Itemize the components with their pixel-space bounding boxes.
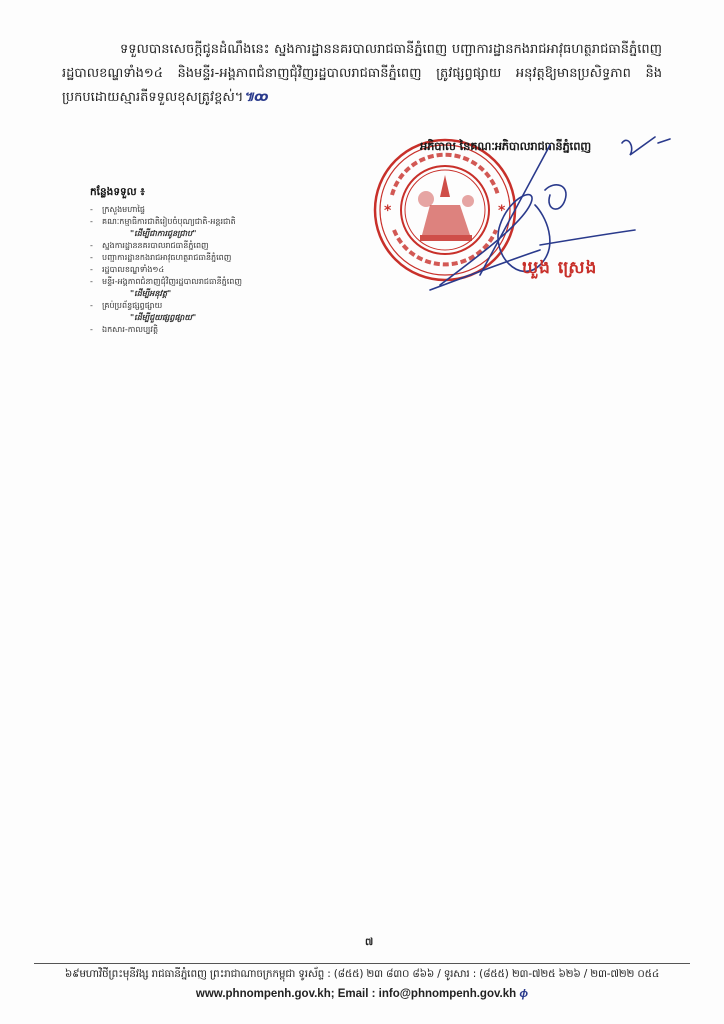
footer-handwritten-initial: ϕ [519, 988, 528, 1000]
recipient-item: គ្រប់ប្រព័ន្ធផ្សព្វផ្សាយ"ដើម្បីជួយផ្សព្វ… [90, 300, 330, 324]
document-page: ទទួលបានសេចក្តីជូនដំណឹងនេះ ស្នងការដ្ឋាននគ… [0, 0, 724, 1024]
recipient-label: បញ្ជាការដ្ឋានកងរាជអាវុធហត្ថរាជធានីភ្នំពេ… [102, 253, 231, 262]
signatory-name: ឃួង ស្រេង [522, 257, 597, 282]
footer-divider [34, 963, 690, 964]
recipient-label: ឯកសារ-កាលប្បវត្តិ [102, 325, 158, 334]
recipient-label: ក្រសួងមហាផ្ទៃ [102, 205, 145, 214]
paragraph-text: ទទួលបានសេចក្តីជូនដំណឹងនេះ ស្នងការដ្ឋាននគ… [62, 42, 662, 105]
recipients-block: កន្លែងទទួល ៖ ក្រសួងមហាផ្ទៃ គណៈកម្មាធិការ… [90, 186, 330, 336]
recipient-label: មន្ទីរ-អង្គភាពជំនាញជុំវិញរដ្ឋបាលរាជធានីភ… [102, 277, 242, 286]
recipient-item: មន្ទីរ-អង្គភាពជំនាញជុំវិញរដ្ឋបាលរាជធានីភ… [90, 276, 330, 300]
notice-body: ទទួលបានសេចក្តីជូនដំណឹងនេះ ស្នងការដ្ឋាននគ… [62, 38, 662, 110]
recipients-list: ក្រសួងមហាផ្ទៃ គណៈកម្មាធិការជាតិរៀបចំបុណ្… [90, 204, 330, 336]
recipient-label: គណៈកម្មាធិការជាតិរៀបចំបុណ្យជាតិ-អន្តរជាត… [102, 217, 236, 226]
recipient-item: រដ្ឋបាលខណ្ឌទាំង១៤ [90, 264, 330, 276]
recipient-item: បញ្ជាការដ្ឋានកងរាជអាវុធហត្ថរាជធានីភ្នំពេ… [90, 252, 330, 264]
recipient-label: គ្រប់ប្រព័ន្ធផ្សព្វផ្សាយ [102, 301, 162, 310]
recipient-item: ស្នងការដ្ឋាននគរបាលរាជធានីភ្នំពេញ [90, 240, 330, 252]
notice-paragraph: ទទួលបានសេចក្តីជូនដំណឹងនេះ ស្នងការដ្ឋាននគ… [62, 38, 662, 110]
recipient-item: ក្រសួងមហាផ្ទៃ [90, 204, 330, 216]
footer-web-email: www.phnompenh.gov.kh; Email : info@phnom… [196, 988, 516, 1000]
footer-contact: www.phnompenh.gov.kh; Email : info@phnom… [0, 988, 724, 1000]
signature-block: * * អភិបាល នៃគណៈអភិបាលរាជធានីភ្នំពេញ [370, 125, 680, 300]
recipient-label: ស្នងការដ្ឋាននគរបាលរាជធានីភ្នំពេញ [102, 241, 209, 250]
recipient-item: ឯកសារ-កាលប្បវត្តិ [90, 324, 330, 336]
recipient-note: "ដើម្បីអនុវត្ត" [102, 288, 330, 300]
footer-address: ៦៩មហាវិថីព្រះមុនីវង្ស រាជធានីភ្នំពេញ ព្រ… [34, 968, 690, 983]
recipient-label: រដ្ឋបាលខណ្ឌទាំង១៤ [102, 265, 164, 274]
recipients-title: កន្លែងទទួល ៖ [90, 186, 330, 201]
page-number: ៧ [365, 935, 373, 950]
recipient-item: គណៈកម្មាធិការជាតិរៀបចំបុណ្យជាតិ-អន្តរជាត… [90, 216, 330, 240]
recipient-note: "ដើម្បីជាការជូនជ្រាប" [102, 228, 330, 240]
recipient-note: "ដើម្បីជួយផ្សព្វផ្សាយ" [102, 312, 330, 324]
handwritten-initial: ៕ꝏ [243, 90, 268, 105]
